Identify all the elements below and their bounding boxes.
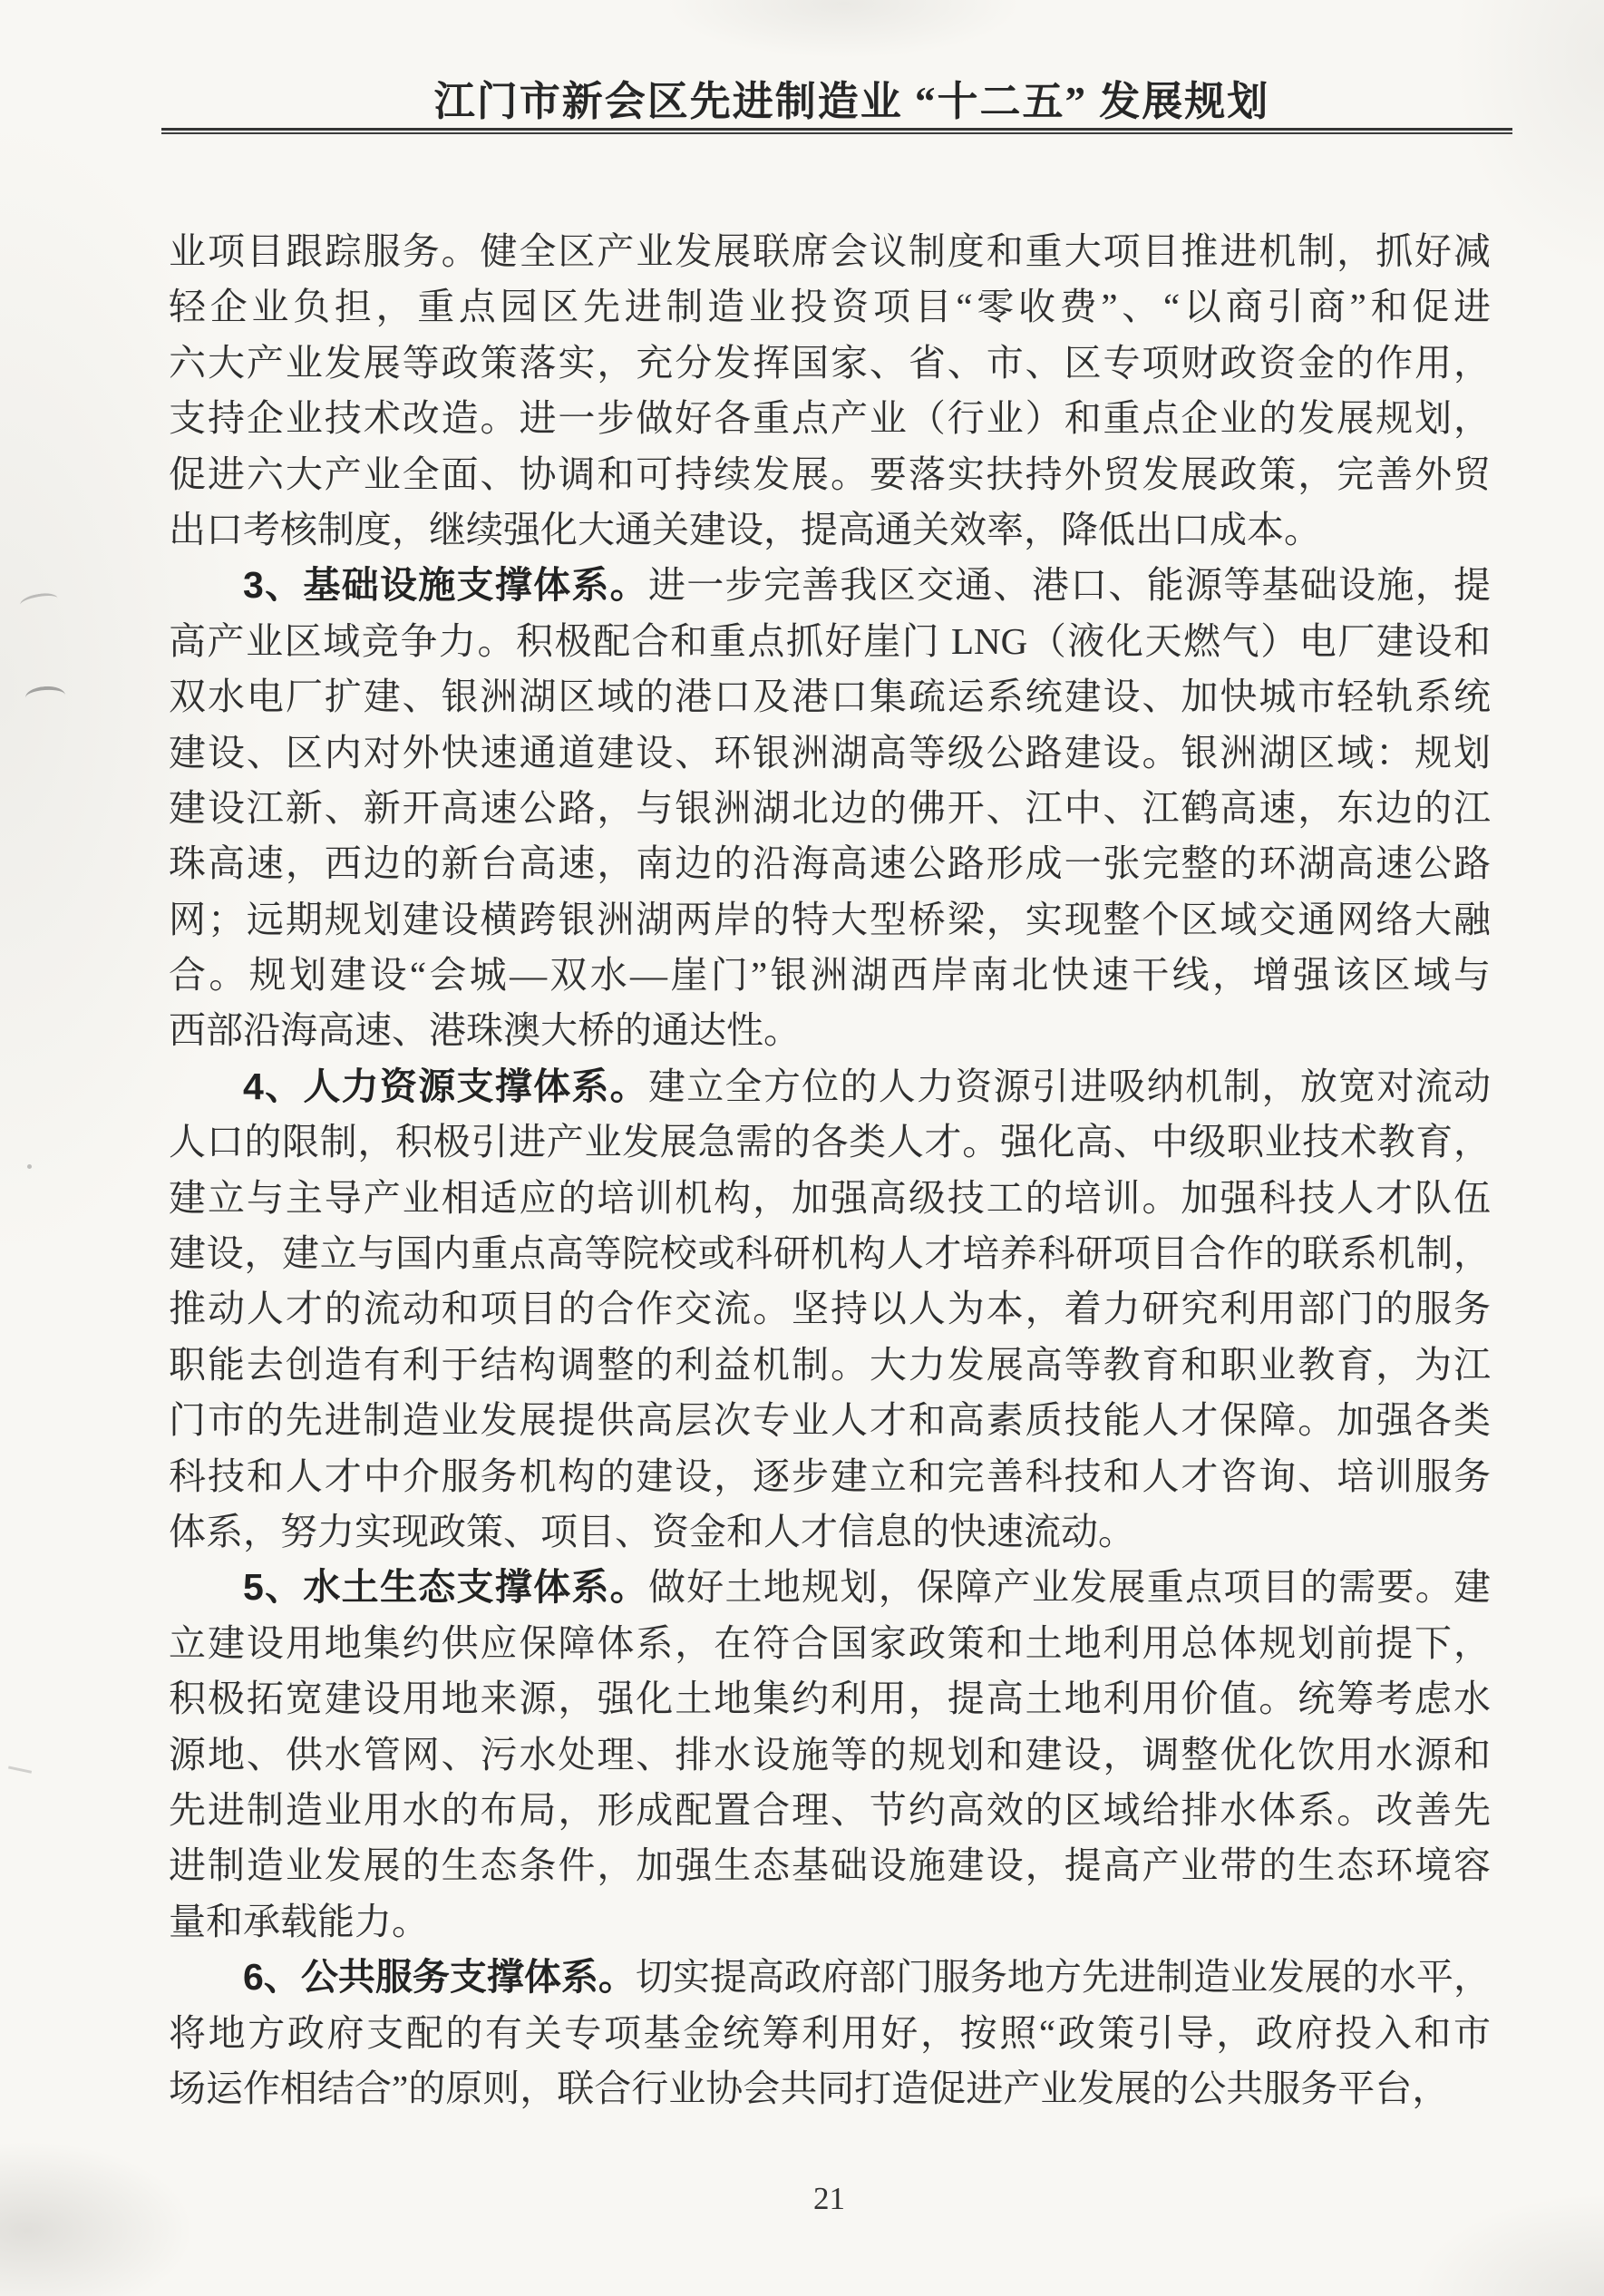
text-line: 西部沿海高速、港珠澳大桥的通达性。 xyxy=(169,1003,1491,1058)
body-text: 珠高速，西边的新台高速，南边的沿海高速公路形成一张完整的环湖高速公路 xyxy=(169,842,1491,884)
text-line: 人口的限制，积极引进产业发展急需的各类人才。强化高、中级职业技术教育， xyxy=(169,1114,1491,1170)
section-heading-text: 5、水土生态支撑体系。 xyxy=(243,1566,648,1608)
section-heading-text: 4、人力资源支撑体系。 xyxy=(243,1065,648,1107)
body-text: 促进六大产业全面、协调和可持续发展。要落实扶持外贸发展政策，完善外贸 xyxy=(169,453,1491,495)
body-text: 出口考核制度，继续强化大通关建设，提高通关效率，降低出口成本。 xyxy=(169,509,1321,550)
body-text: 建立全方位的人力资源引进吸纳机制，放宽对流动 xyxy=(648,1065,1491,1107)
pencil-mark-icon xyxy=(24,685,65,707)
text-line: 门市的先进制造业发展提供高层次专业人才和高素质技能人才保障。加强各类 xyxy=(169,1393,1491,1448)
text-line: 科技和人才中介服务机构的建设，逐步建立和完善科技和人才咨询、培训服务 xyxy=(169,1449,1491,1504)
body-text: 合。规划建设“会城—双水—崖门”银洲湖西岸南北快速干线，增强该区域与 xyxy=(169,954,1491,996)
text-line: 珠高速，西边的新台高速，南边的沿海高速公路形成一张完整的环湖高速公路 xyxy=(169,836,1491,891)
text-line: 职能去创造有利于结构调整的利益机制。大力发展高等教育和职业教育，为江 xyxy=(169,1338,1491,1393)
document-page: 江门市新会区先进制造业 “十二五” 发展规划 业项目跟踪服务。健全区产业发展联席… xyxy=(0,0,1604,2296)
text-line: 源地、供水管网、污水处理、排水设施等的规划和建设，调整优化饮用水源和 xyxy=(169,1727,1491,1783)
text-line: 体系，努力实现政策、项目、资金和人才信息的快速流动。 xyxy=(169,1504,1491,1560)
paragraph: 5、水土生态支撑体系。做好土地规划，保障产业发展重点项目的需要。建立建设用地集约… xyxy=(169,1560,1491,1950)
body-text: 场运作相结合”的原则，联合行业协会共同打造促进产业发展的公共服务平台， xyxy=(169,2067,1449,2109)
body-text: 六大产业发展等政策落实，充分发挥国家、省、市、区专项财政资金的作用， xyxy=(169,342,1491,384)
text-line: 量和承载能力。 xyxy=(169,1894,1491,1950)
section-heading-text: 3、基础设施支撑体系。 xyxy=(243,564,648,606)
text-line: 4、人力资源支撑体系。建立全方位的人力资源引进吸纳机制，放宽对流动 xyxy=(169,1059,1491,1114)
text-line: 3、基础设施支撑体系。进一步完善我区交通、港口、能源等基础设施，提 xyxy=(169,558,1491,613)
body-text: 推动人才的流动和项目的合作交流。坚持以人为本，着力研究利用部门的服务 xyxy=(169,1288,1491,1329)
text-line: 先进制造业用水的布局，形成配置合理、节约高效的区域给排水体系。改善先 xyxy=(169,1783,1491,1838)
page-title: 江门市新会区先进制造业 “十二五” 发展规划 xyxy=(50,80,1604,125)
body-text: 进制造业发展的生态条件，加强生态基础设施建设，提高产业带的生态环境容 xyxy=(169,1844,1491,1886)
body-text: 先进制造业用水的布局，形成配置合理、节约高效的区域给排水体系。改善先 xyxy=(169,1789,1491,1831)
body-text: 立建设用地集约供应保障体系，在符合国家政策和土地利用总体规划前提下， xyxy=(169,1622,1491,1664)
body-text: 职能去创造有利于结构调整的利益机制。大力发展高等教育和职业教育，为江 xyxy=(169,1344,1491,1386)
body-text: 将地方政府支配的有关专项基金统筹利用好，按照“政策引导，政府投入和市 xyxy=(169,2012,1491,2054)
body-text: 科技和人才中介服务机构的建设，逐步建立和完善科技和人才咨询、培训服务 xyxy=(169,1455,1491,1497)
body-text: 建设江新、新开高速公路，与银洲湖北边的佛开、江中、江鹤高速，东边的江 xyxy=(169,787,1491,829)
section-heading-text: 6、公共服务支撑体系。 xyxy=(243,1956,636,1998)
text-line: 六大产业发展等政策落实，充分发挥国家、省、市、区专项财政资金的作用， xyxy=(169,336,1491,391)
text-line: 合。规划建设“会城—双水—崖门”银洲湖西岸南北快速干线，增强该区域与 xyxy=(169,948,1491,1003)
paragraph: 业项目跟踪服务。健全区产业发展联席会议制度和重大项目推进机制，抓好减轻企业负担，… xyxy=(169,224,1491,558)
text-line: 建设江新、新开高速公路，与银洲湖北边的佛开、江中、江鹤高速，东边的江 xyxy=(169,781,1491,836)
text-line: 轻企业负担，重点园区先进制造业投资项目“零收费”、“以商引商”和促进 xyxy=(169,279,1491,335)
header-rule xyxy=(161,128,1512,134)
body-text: 业项目跟踪服务。健全区产业发展联席会议制度和重大项目推进机制，抓好减 xyxy=(169,230,1491,272)
paragraph: 6、公共服务支撑体系。切实提高政府部门服务地方先进制造业发展的水平，将地方政府支… xyxy=(169,1950,1491,2116)
body-text: 切实提高政府部门服务地方先进制造业发展的水平， xyxy=(636,1956,1491,1998)
text-line: 积极拓宽建设用地来源，强化土地集约利用，提高土地利用价值。统筹考虑水 xyxy=(169,1671,1491,1727)
pencil-mark-icon xyxy=(19,590,59,612)
paragraph: 4、人力资源支撑体系。建立全方位的人力资源引进吸纳机制，放宽对流动人口的限制，积… xyxy=(169,1059,1491,1561)
text-line: 5、水土生态支撑体系。做好土地规划，保障产业发展重点项目的需要。建 xyxy=(169,1560,1491,1615)
text-line: 网；远期规划建设横跨银洲湖两岸的特大型桥梁，实现整个区域交通网络大融 xyxy=(169,892,1491,948)
body-text: 建立与主导产业相适应的培训机构，加强高级技工的培训。加强科技人才队伍 xyxy=(169,1177,1491,1219)
body-text: 做好土地规划，保障产业发展重点项目的需要。建 xyxy=(648,1566,1491,1608)
paragraph: 3、基础设施支撑体系。进一步完善我区交通、港口、能源等基础设施，提高产业区域竞争… xyxy=(169,558,1491,1059)
body-text: 网；远期规划建设横跨银洲湖两岸的特大型桥梁，实现整个区域交通网络大融 xyxy=(169,899,1491,940)
body-text: 建设，建立与国内重点高等院校或科研机构人才培养科研项目合作的联系机制， xyxy=(169,1232,1491,1274)
body-text: 量和承载能力。 xyxy=(169,1901,429,1942)
text-line: 6、公共服务支撑体系。切实提高政府部门服务地方先进制造业发展的水平， xyxy=(169,1950,1491,2005)
text-line: 支持企业技术改造。进一步做好各重点产业（行业）和重点企业的发展规划， xyxy=(169,391,1491,446)
body-text: 门市的先进制造业发展提供高层次专业人才和高素质技能人才保障。加强各类 xyxy=(169,1399,1491,1441)
body-text: 双水电厂扩建、银洲湖区域的港口及港口集疏运系统建设、加快城市轻轨系统 xyxy=(169,676,1491,717)
text-line: 建立与主导产业相适应的培训机构，加强高级技工的培训。加强科技人才队伍 xyxy=(169,1171,1491,1226)
text-line: 进制造业发展的生态条件，加强生态基础设施建设，提高产业带的生态环境容 xyxy=(169,1838,1491,1893)
text-line: 业项目跟踪服务。健全区产业发展联席会议制度和重大项目推进机制，抓好减 xyxy=(169,224,1491,279)
text-line: 建设、区内对外快速通道建设、环银洲湖高等级公路建设。银洲湖区域：规划 xyxy=(169,725,1491,781)
pencil-mark-icon xyxy=(27,1164,32,1169)
body-text: 体系，努力实现政策、项目、资金和人才信息的快速流动。 xyxy=(169,1511,1135,1552)
body-text: 源地、供水管网、污水处理、排水设施等的规划和建设，调整优化饮用水源和 xyxy=(169,1734,1491,1776)
body-text: 轻企业负担，重点园区先进制造业投资项目“零收费”、“以商引商”和促进 xyxy=(169,286,1491,327)
page-number: 21 xyxy=(27,2181,1604,2217)
body-text: 支持企业技术改造。进一步做好各重点产业（行业）和重点企业的发展规划， xyxy=(169,397,1491,439)
text-line: 立建设用地集约供应保障体系，在符合国家政策和土地利用总体规划前提下， xyxy=(169,1616,1491,1671)
body-text: 高产业区域竞争力。积极配合和重点抓好崖门 LNG（液化天燃气）电厂建设和 xyxy=(169,620,1491,662)
text-line: 推动人才的流动和项目的合作交流。坚持以人为本，着力研究利用部门的服务 xyxy=(169,1281,1491,1337)
text-line: 将地方政府支配的有关专项基金统筹利用好，按照“政策引导，政府投入和市 xyxy=(169,2006,1491,2061)
text-line: 建设，建立与国内重点高等院校或科研机构人才培养科研项目合作的联系机制， xyxy=(169,1226,1491,1281)
text-line: 高产业区域竞争力。积极配合和重点抓好崖门 LNG（液化天燃气）电厂建设和 xyxy=(169,614,1491,669)
body-text: 建设、区内对外快速通道建设、环银洲湖高等级公路建设。银洲湖区域：规划 xyxy=(169,732,1491,773)
body-text: 进一步完善我区交通、港口、能源等基础设施，提 xyxy=(648,564,1491,606)
text-line: 双水电厂扩建、银洲湖区域的港口及港口集疏运系统建设、加快城市轻轨系统 xyxy=(169,669,1491,725)
body-text: 积极拓宽建设用地来源，强化土地集约利用，提高土地利用价值。统筹考虑水 xyxy=(169,1678,1491,1719)
text-line: 出口考核制度，继续强化大通关建设，提高通关效率，降低出口成本。 xyxy=(169,502,1491,558)
pencil-mark-icon xyxy=(6,1766,32,1782)
body-text: 西部沿海高速、港珠澳大桥的通达性。 xyxy=(169,1009,801,1051)
body-text: 人口的限制，积极引进产业发展急需的各类人才。强化高、中级职业技术教育， xyxy=(169,1121,1491,1163)
document-body: 业项目跟踪服务。健全区产业发展联席会议制度和重大项目推进机制，抓好减轻企业负担，… xyxy=(169,224,1491,2116)
text-line: 场运作相结合”的原则，联合行业协会共同打造促进产业发展的公共服务平台， xyxy=(169,2061,1491,2116)
text-line: 促进六大产业全面、协调和可持续发展。要落实扶持外贸发展政策，完善外贸 xyxy=(169,447,1491,502)
